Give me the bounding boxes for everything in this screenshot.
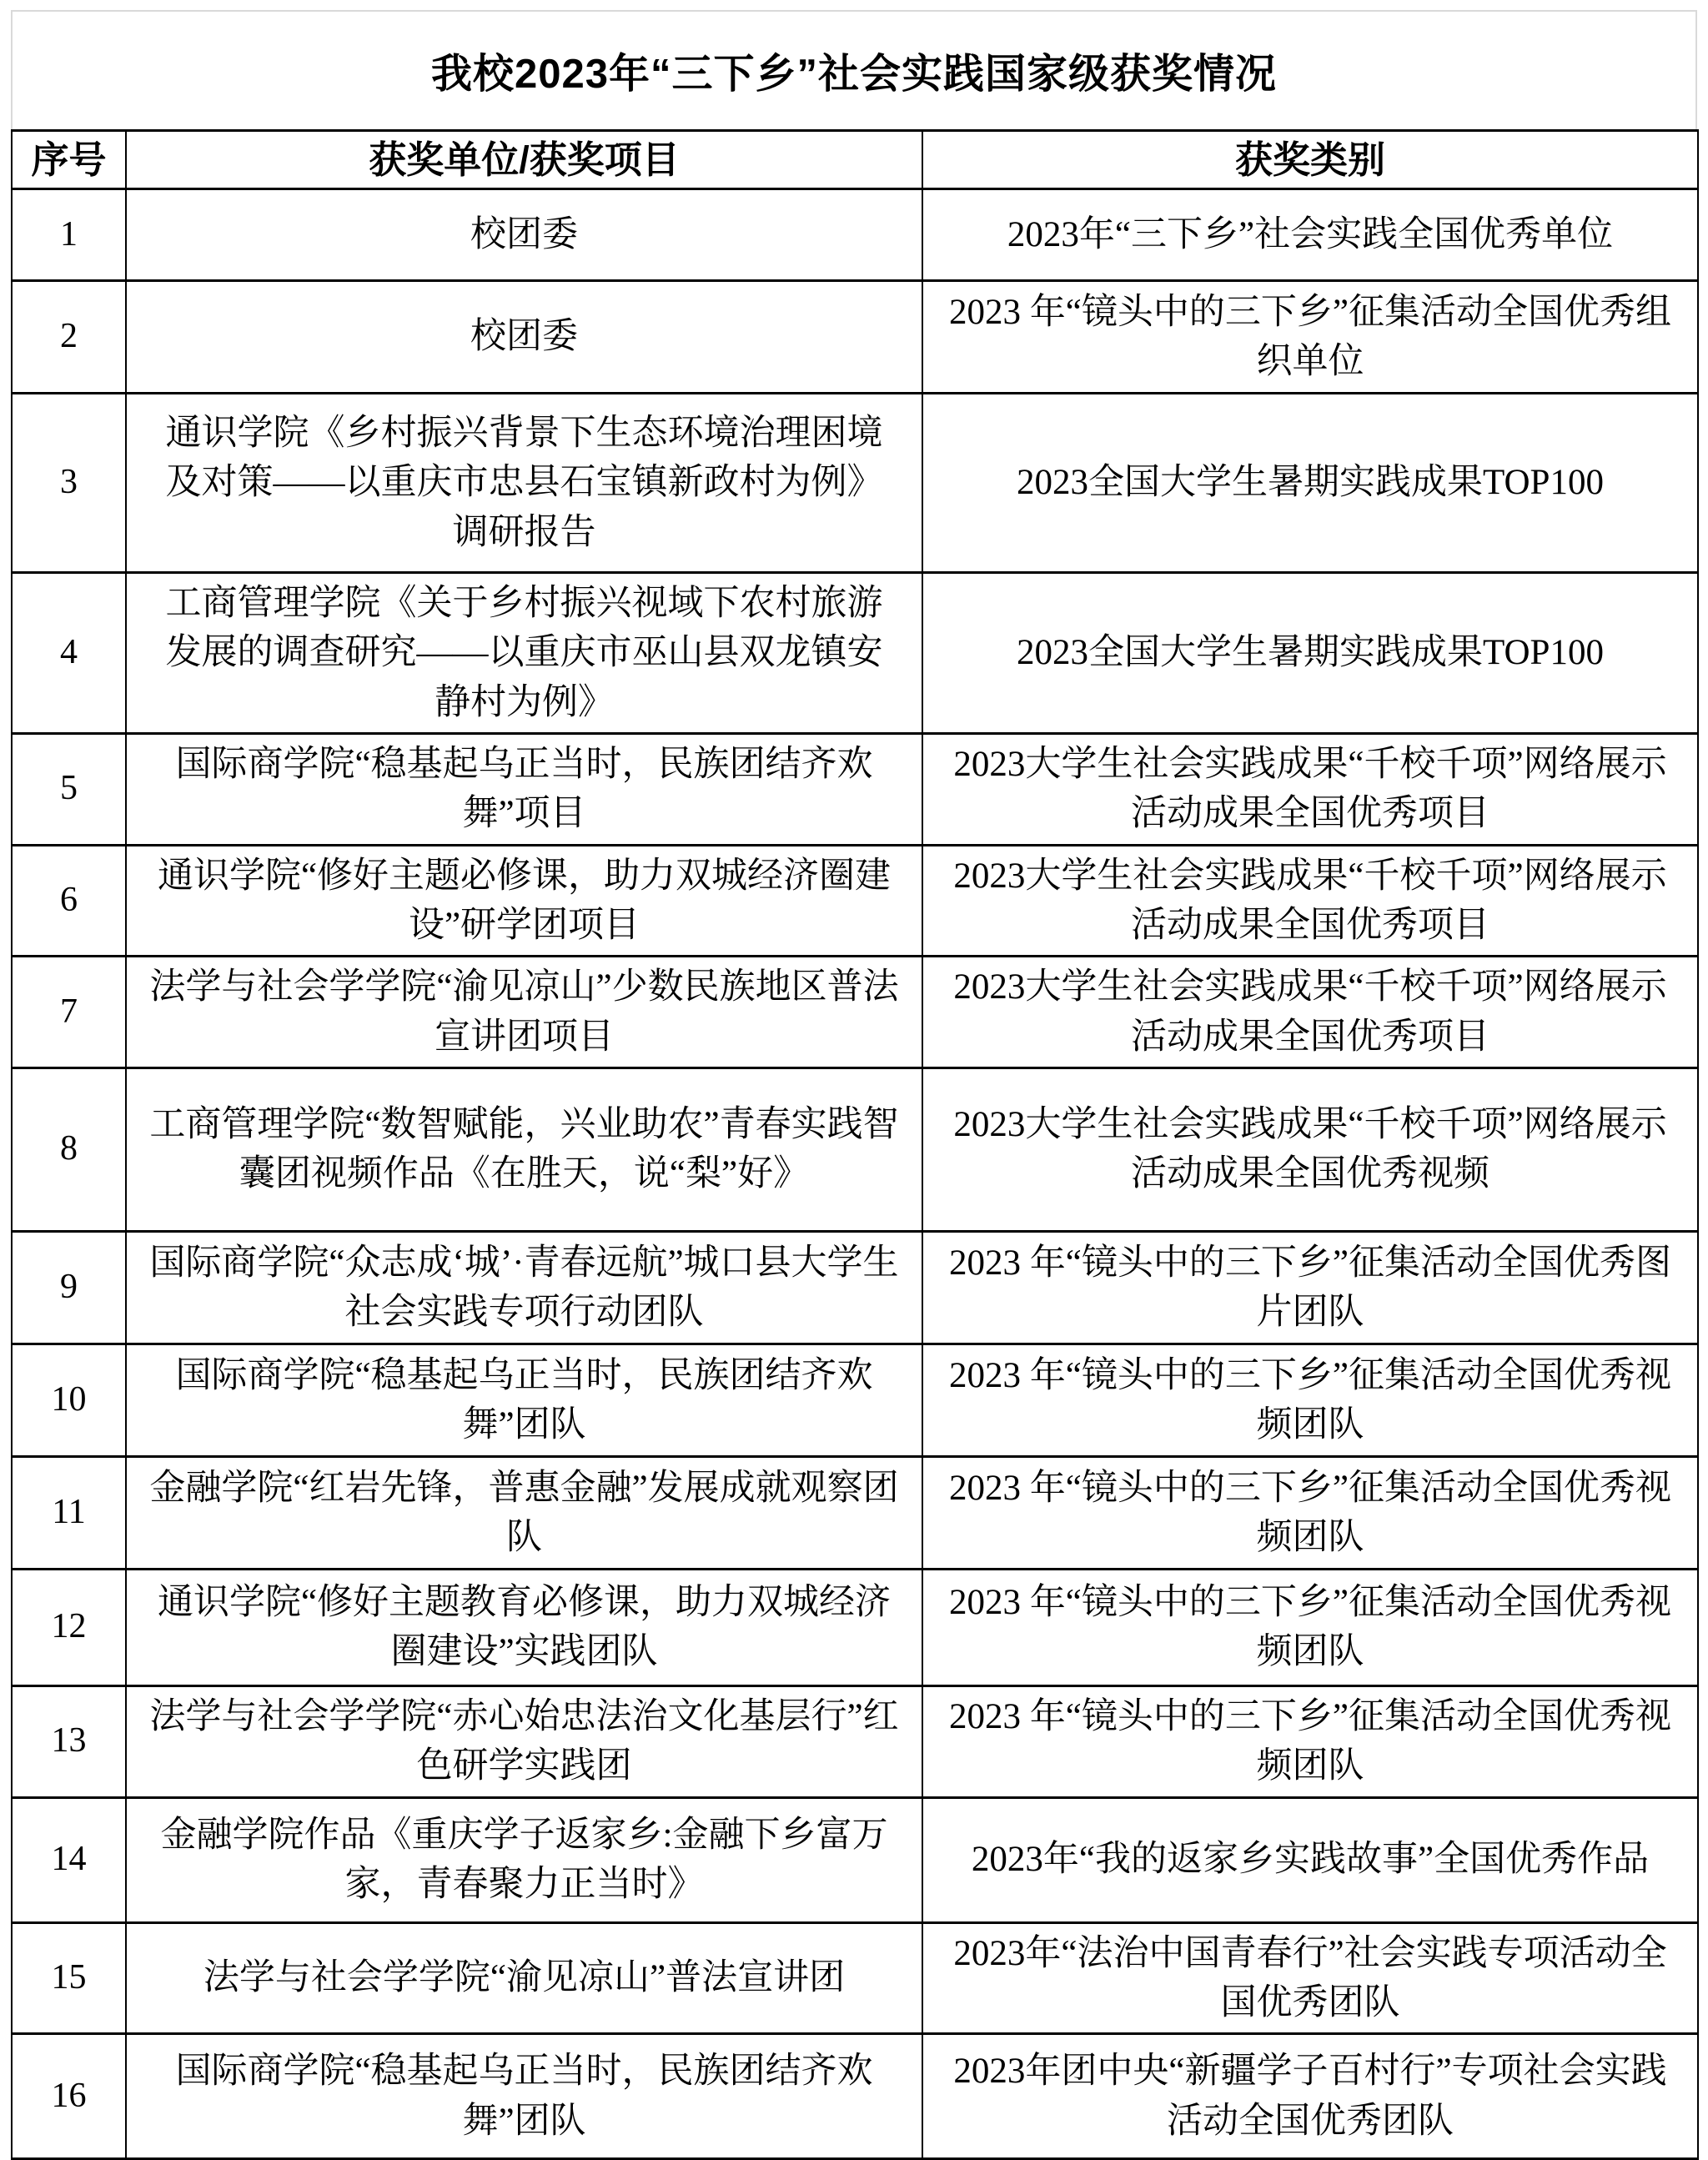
header-serial-number: 序号 xyxy=(12,131,126,189)
table-row: 12通识学院“修好主题教育必修课，助力双城经济圈建设”实践团队2023 年“镜头… xyxy=(12,1569,1698,1685)
award-unit-project-cell: 通识学院《乡村振兴背景下生态环境治理困境及对策——以重庆市忠县石宝镇新政村为例》… xyxy=(126,394,922,573)
award-category-cell: 2023 年“镜头中的三下乡”征集活动全国优秀视频团队 xyxy=(922,1344,1698,1456)
award-category-cell: 2023大学生社会实践成果“千校千项”网络展示活动成果全国优秀项目 xyxy=(922,733,1698,845)
award-unit-project-cell: 工商管理学院《关于乡村振兴视域下农村旅游发展的调查研究——以重庆市巫山县双龙镇安… xyxy=(126,573,922,734)
award-category-cell: 2023 年“镜头中的三下乡”征集活动全国优秀组织单位 xyxy=(922,281,1698,394)
award-unit-project-cell: 国际商学院“稳基起乌正当时，民族团结齐欢舞”项目 xyxy=(126,733,922,845)
award-category-cell: 2023 年“镜头中的三下乡”征集活动全国优秀视频团队 xyxy=(922,1685,1698,1797)
table-row: 14金融学院作品《重庆学子返家乡:金融下乡富万家，青春聚力正当时》2023年“我… xyxy=(12,1797,1698,1922)
table-row: 1校团委2023年“三下乡”社会实践全国优秀单位 xyxy=(12,189,1698,281)
table-row: 15法学与社会学学院“渝见凉山”普法宣讲团2023年“法治中国青春行”社会实践专… xyxy=(12,1922,1698,2034)
serial-number-cell: 3 xyxy=(12,394,126,573)
award-category-cell: 2023年“我的返家乡实践故事”全国优秀作品 xyxy=(922,1797,1698,1922)
page-title: 我校2023年“三下乡”社会实践国家级获奖情况 xyxy=(11,10,1697,129)
serial-number-cell: 10 xyxy=(12,1344,126,1456)
award-unit-project-cell: 法学与社会学学院“渝见凉山”少数民族地区普法宣讲团项目 xyxy=(126,957,922,1068)
table-row: 9国际商学院“众志成‘城’·青春远航”城口县大学生社会实践专项行动团队2023 … xyxy=(12,1231,1698,1344)
award-category-cell: 2023 年“镜头中的三下乡”征集活动全国优秀视频团队 xyxy=(922,1456,1698,1569)
serial-number-cell: 14 xyxy=(12,1797,126,1922)
award-category-cell: 2023全国大学生暑期实践成果TOP100 xyxy=(922,573,1698,734)
award-unit-project-cell: 工商管理学院“数智赋能，兴业助农”青春实践智囊团视频作品《在胜天，说“梨”好》 xyxy=(126,1067,922,1231)
award-category-cell: 2023 年“镜头中的三下乡”征集活动全国优秀视频团队 xyxy=(922,1569,1698,1685)
serial-number-cell: 13 xyxy=(12,1685,126,1797)
table-row: 4工商管理学院《关于乡村振兴视域下农村旅游发展的调查研究——以重庆市巫山县双龙镇… xyxy=(12,573,1698,734)
table-row: 16国际商学院“稳基起乌正当时，民族团结齐欢舞”团队2023年团中央“新疆学子百… xyxy=(12,2034,1698,2159)
award-unit-project-cell: 校团委 xyxy=(126,189,922,281)
awards-table: 序号 获奖单位/获奖项目 获奖类别 1校团委2023年“三下乡”社会实践全国优秀… xyxy=(11,129,1699,2160)
award-unit-project-cell: 通识学院“修好主题必修课，助力双城经济圈建设”研学团项目 xyxy=(126,845,922,957)
table-row: 13法学与社会学学院“赤心始忠法治文化基层行”红色研学实践团2023 年“镜头中… xyxy=(12,1685,1698,1797)
award-category-cell: 2023年“法治中国青春行”社会实践专项活动全国优秀团队 xyxy=(922,1922,1698,2034)
award-category-cell: 2023大学生社会实践成果“千校千项”网络展示活动成果全国优秀项目 xyxy=(922,845,1698,957)
award-table-page: 我校2023年“三下乡”社会实践国家级获奖情况 序号 获奖单位/获奖项目 获奖类… xyxy=(0,0,1708,2067)
serial-number-cell: 16 xyxy=(12,2034,126,2159)
table-header: 序号 获奖单位/获奖项目 获奖类别 xyxy=(12,131,1698,189)
table-row: 6通识学院“修好主题必修课，助力双城经济圈建设”研学团项目2023大学生社会实践… xyxy=(12,845,1698,957)
award-category-cell: 2023大学生社会实践成果“千校千项”网络展示活动成果全国优秀视频 xyxy=(922,1067,1698,1231)
serial-number-cell: 6 xyxy=(12,845,126,957)
serial-number-cell: 5 xyxy=(12,733,126,845)
serial-number-cell: 9 xyxy=(12,1231,126,1344)
table-row: 11金融学院“红岩先锋，普惠金融”发展成就观察团队2023 年“镜头中的三下乡”… xyxy=(12,1456,1698,1569)
serial-number-cell: 12 xyxy=(12,1569,126,1685)
header-award-unit-project: 获奖单位/获奖项目 xyxy=(126,131,922,189)
award-unit-project-cell: 通识学院“修好主题教育必修课，助力双城经济圈建设”实践团队 xyxy=(126,1569,922,1685)
table-body: 1校团委2023年“三下乡”社会实践全国优秀单位2校团委2023 年“镜头中的三… xyxy=(12,189,1698,2159)
award-unit-project-cell: 国际商学院“稳基起乌正当时，民族团结齐欢舞”团队 xyxy=(126,1344,922,1456)
table-row: 7法学与社会学学院“渝见凉山”少数民族地区普法宣讲团项目2023大学生社会实践成… xyxy=(12,957,1698,1068)
serial-number-cell: 8 xyxy=(12,1067,126,1231)
serial-number-cell: 4 xyxy=(12,573,126,734)
header-row: 序号 获奖单位/获奖项目 获奖类别 xyxy=(12,131,1698,189)
award-unit-project-cell: 法学与社会学学院“渝见凉山”普法宣讲团 xyxy=(126,1922,922,2034)
award-category-cell: 2023 年“镜头中的三下乡”征集活动全国优秀图片团队 xyxy=(922,1231,1698,1344)
table-row: 8工商管理学院“数智赋能，兴业助农”青春实践智囊团视频作品《在胜天，说“梨”好》… xyxy=(12,1067,1698,1231)
serial-number-cell: 15 xyxy=(12,1922,126,2034)
award-unit-project-cell: 金融学院“红岩先锋，普惠金融”发展成就观察团队 xyxy=(126,1456,922,1569)
award-category-cell: 2023大学生社会实践成果“千校千项”网络展示活动成果全国优秀项目 xyxy=(922,957,1698,1068)
award-category-cell: 2023年“三下乡”社会实践全国优秀单位 xyxy=(922,189,1698,281)
award-unit-project-cell: 国际商学院“稳基起乌正当时，民族团结齐欢舞”团队 xyxy=(126,2034,922,2159)
table-row: 3通识学院《乡村振兴背景下生态环境治理困境及对策——以重庆市忠县石宝镇新政村为例… xyxy=(12,394,1698,573)
award-category-cell: 2023全国大学生暑期实践成果TOP100 xyxy=(922,394,1698,573)
serial-number-cell: 1 xyxy=(12,189,126,281)
table-row: 10国际商学院“稳基起乌正当时，民族团结齐欢舞”团队2023 年“镜头中的三下乡… xyxy=(12,1344,1698,1456)
award-unit-project-cell: 国际商学院“众志成‘城’·青春远航”城口县大学生社会实践专项行动团队 xyxy=(126,1231,922,1344)
award-unit-project-cell: 校团委 xyxy=(126,281,922,394)
table-row: 2校团委2023 年“镜头中的三下乡”征集活动全国优秀组织单位 xyxy=(12,281,1698,394)
award-unit-project-cell: 金融学院作品《重庆学子返家乡:金融下乡富万家，青春聚力正当时》 xyxy=(126,1797,922,1922)
serial-number-cell: 2 xyxy=(12,281,126,394)
award-unit-project-cell: 法学与社会学学院“赤心始忠法治文化基层行”红色研学实践团 xyxy=(126,1685,922,1797)
serial-number-cell: 7 xyxy=(12,957,126,1068)
header-award-category: 获奖类别 xyxy=(922,131,1698,189)
serial-number-cell: 11 xyxy=(12,1456,126,1569)
table-row: 5国际商学院“稳基起乌正当时，民族团结齐欢舞”项目2023大学生社会实践成果“千… xyxy=(12,733,1698,845)
award-category-cell: 2023年团中央“新疆学子百村行”专项社会实践活动全国优秀团队 xyxy=(922,2034,1698,2159)
